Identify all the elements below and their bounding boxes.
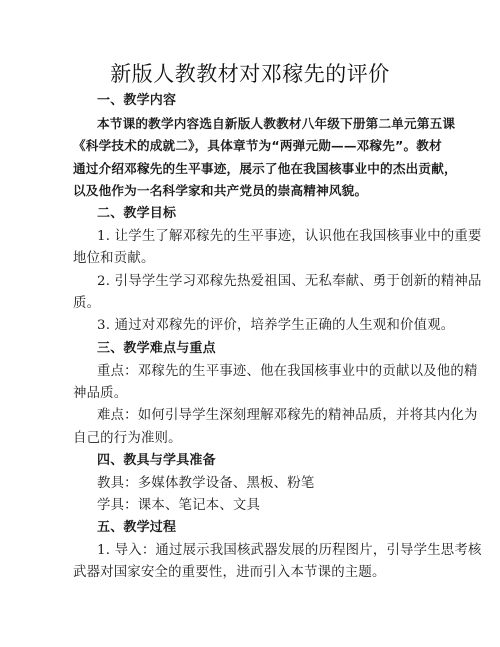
section-heading-process: 五、教学过程 (97, 519, 447, 537)
paragraph-line: 《科学技术的成就二》，具体章节为“两弹元勋——邓稼先”。教材 (73, 137, 423, 155)
paragraph-line: 1. 让学生了解邓稼先的生平事迹，认识他在我国核事业中的重要 (97, 228, 447, 246)
paragraph-line: 学具：课本、笔记本、文具 (97, 497, 447, 515)
section-heading-materials: 四、教具与学具准备 (97, 452, 447, 470)
section-heading-teaching-content: 一、教学内容 (97, 92, 447, 110)
paragraph-line: 本节课的教学内容选自新版人教教材八年级下册第二单元第五课 (97, 115, 447, 133)
paragraph-line: 神品质。 (73, 385, 423, 403)
paragraph-line: 质。 (73, 295, 423, 313)
paragraph-line: 3. 通过对邓稼先的评价，培养学生正确的人生观和价值观。 (97, 317, 447, 335)
paragraph-line: 地位和贡献。 (73, 250, 423, 268)
paragraph-line: 通过介绍邓稼先的生平事迹，展示了他在我国核事业中的杰出贡献， (73, 160, 423, 178)
paragraph-line: 重点：邓稼先的生平事迹、他在我国核事业中的贡献以及他的精 (97, 363, 447, 381)
document-page: 新版人教教材对邓稼先的评价 一、教学内容 本节课的教学内容选自新版人教教材八年级… (0, 0, 500, 647)
paragraph-line: 1. 导入：通过展示我国核武器发展的历程图片，引导学生思考核 (97, 542, 447, 560)
document-title: 新版人教教材对邓稼先的评价 (0, 58, 500, 88)
paragraph-line: 自己的行为准则。 (73, 430, 423, 448)
paragraph-line: 难点：如何引导学生深刻理解邓稼先的精神品质，并将其内化为 (97, 407, 447, 425)
section-heading-teaching-goals: 二、教学目标 (97, 205, 447, 223)
paragraph-line: 教具：多媒体教学设备、黑板、粉笔 (97, 475, 447, 493)
paragraph-line: 武器对国家安全的重要性，进而引入本节课的主题。 (73, 564, 423, 582)
section-heading-difficulties: 三、教学难点与重点 (97, 340, 447, 358)
paragraph-line: 2. 引导学生学习邓稼先热爱祖国、无私奉献、勇于创新的精神品 (97, 273, 447, 291)
paragraph-line: 以及他作为一名科学家和共产党员的崇高精神风貌。 (73, 182, 423, 200)
